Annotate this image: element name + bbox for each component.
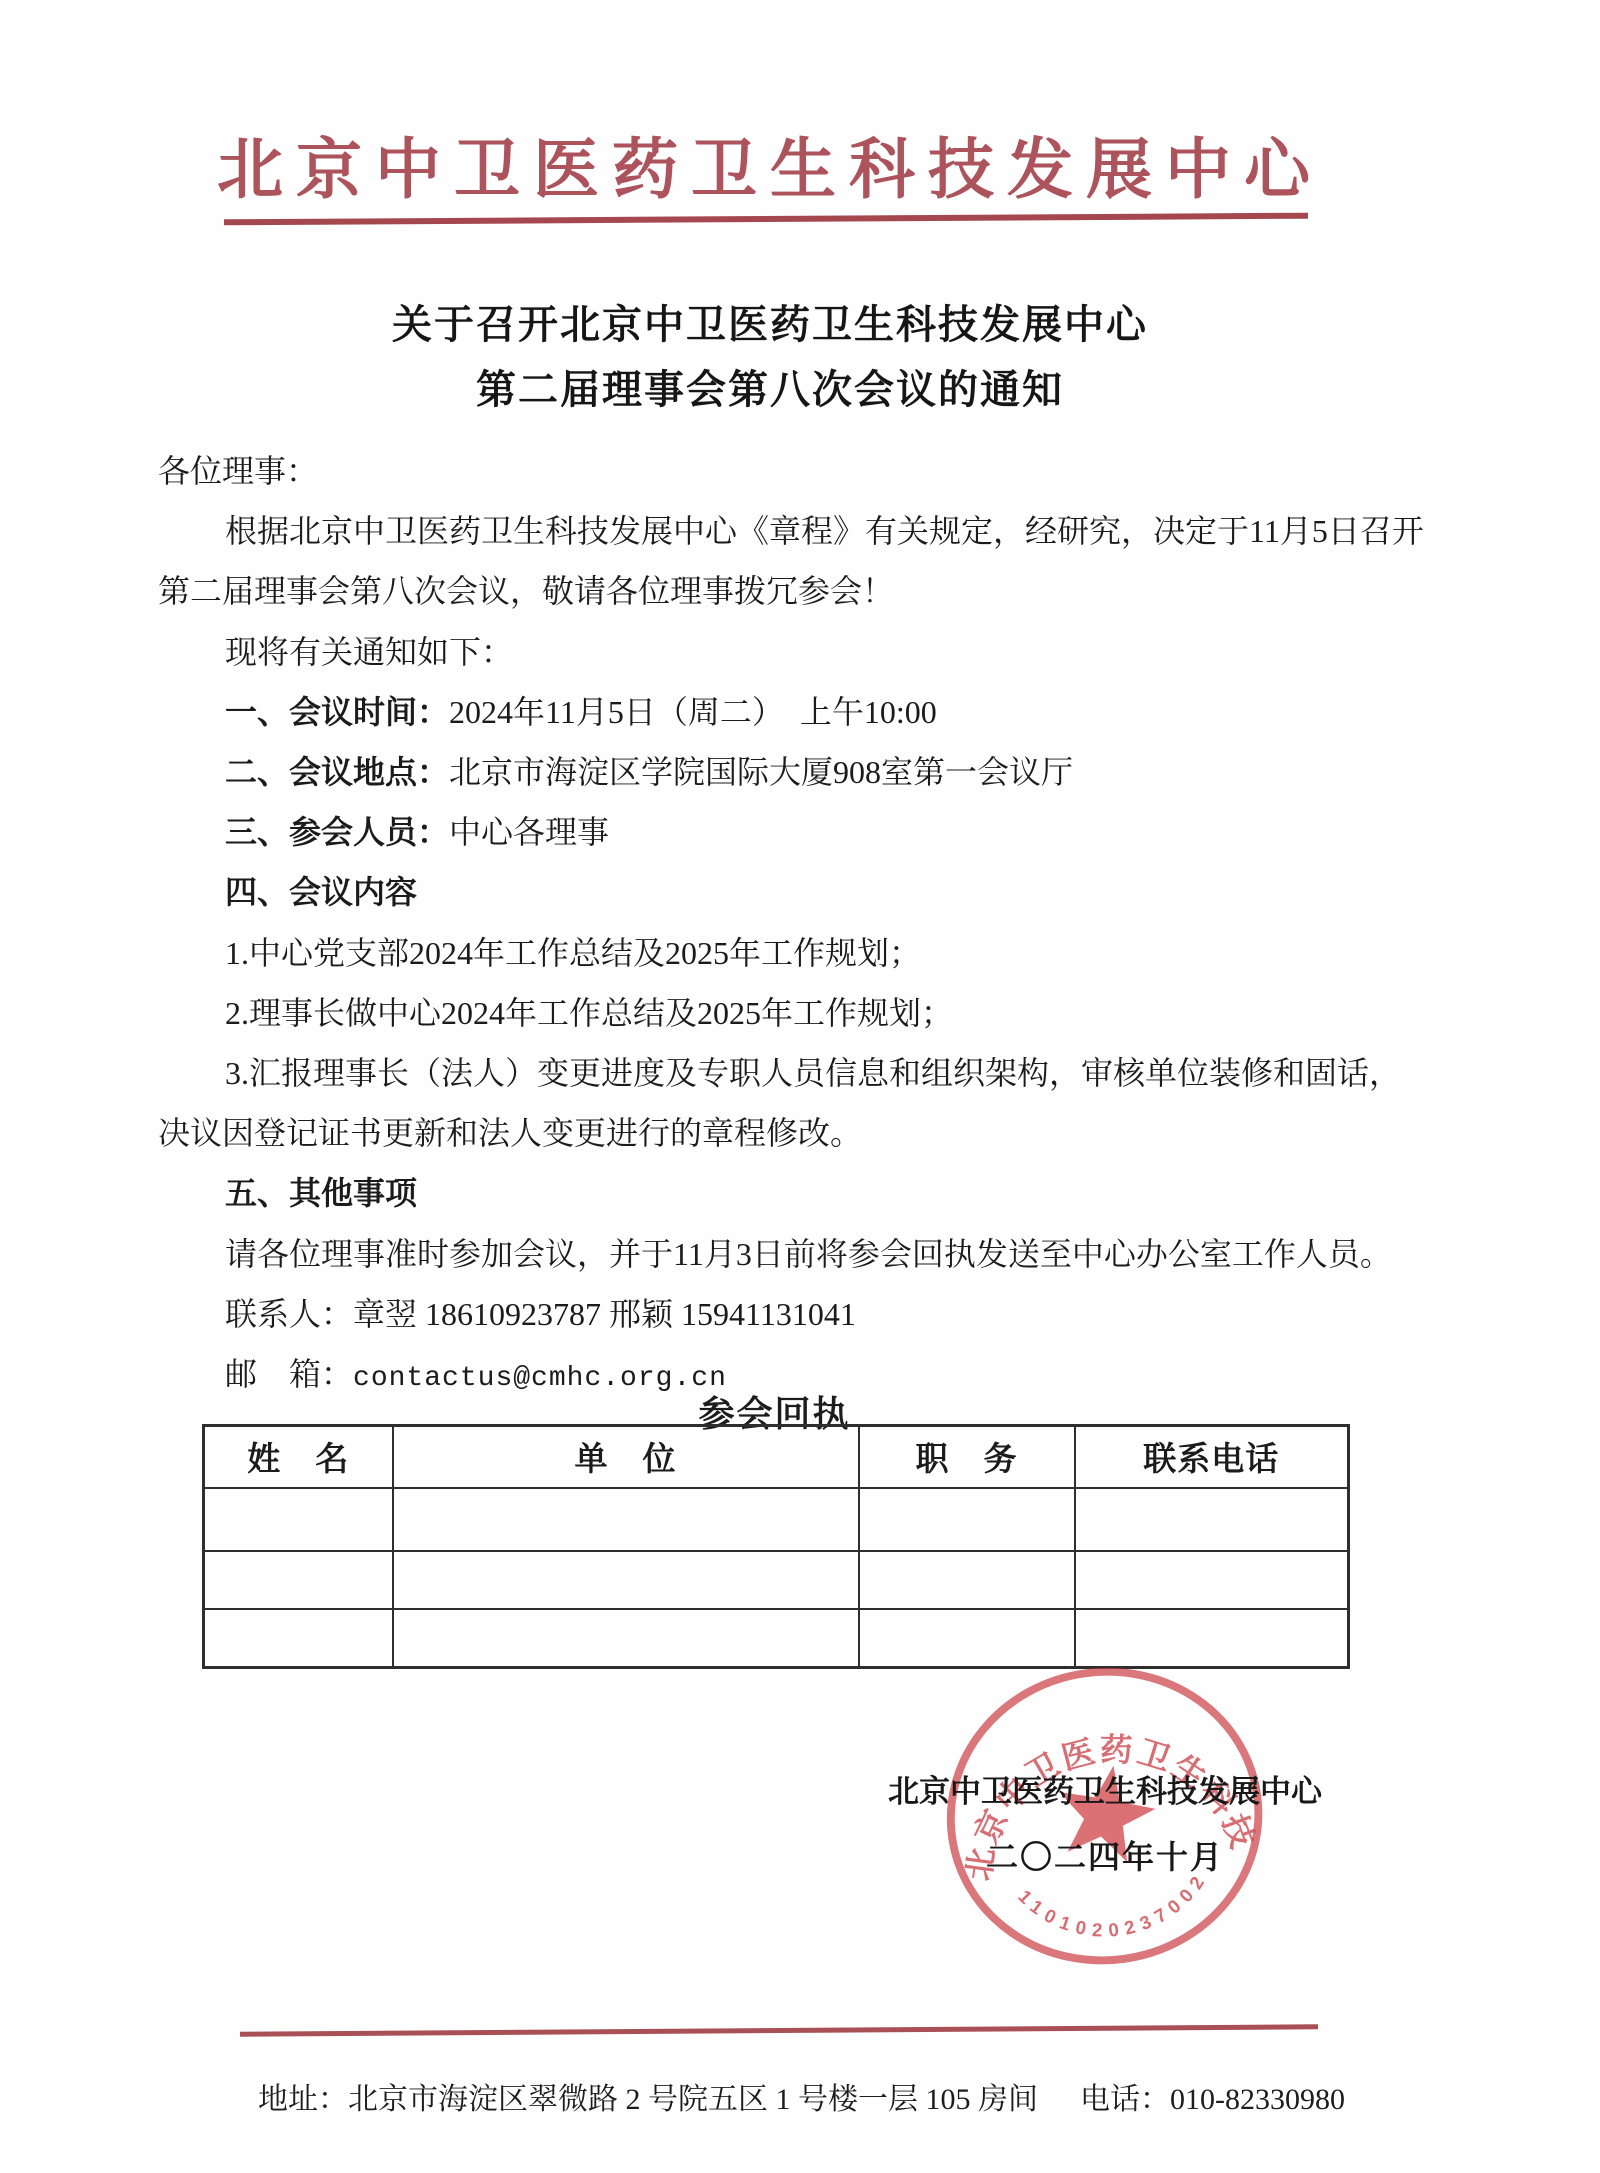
table-cell [204,1551,393,1609]
item-meeting-time: 一、会议时间：2024年11月5日（周二） 上午10:00 [158,682,1428,742]
footer-divider-rule [240,2024,1318,2037]
reply-form-empty-row [204,1488,1349,1551]
table-cell [1075,1551,1349,1609]
signature-org-name: 北京中卫医药卫生科技发展中心 [880,1766,1330,1811]
reply-form-header-row: 姓 名 单 位 职 务 联系电话 [204,1426,1349,1488]
reply-form-table: 姓 名 单 位 职 务 联系电话 [202,1424,1350,1669]
notice-title-line-1: 关于召开北京中卫医药卫生科技发展中心 [160,293,1380,350]
para-notice-intro: 现将有关通知如下： [158,622,1428,682]
contact-line: 联系人：章翌 18610923787 邢颖 15941131041 [158,1284,1428,1344]
footer-address: 地址：北京市海淀区翠微路 2 号院五区 1 号楼一层 105 房间 [258,2083,1038,2116]
header-cell-position: 职 务 [859,1426,1075,1488]
header-cell-unit: 单 位 [393,1426,859,1488]
notice-title-line-2: 第二届理事会第八次会议的通知 [160,358,1380,415]
scanned-notice-page: 北京中卫医药卫生科技发展中心 关于召开北京中卫医药卫生科技发展中心 第二届理事会… [0,0,1600,2173]
table-cell [1075,1488,1349,1551]
item-meeting-place: 二、会议地点：北京市海淀区学院国际大厦908室第一会议厅 [158,742,1428,802]
item-other-heading: 五、其他事项 [158,1163,1428,1223]
header-cell-name: 姓 名 [204,1426,393,1488]
table-cell [859,1609,1075,1668]
table-cell [859,1551,1075,1609]
letterhead-org-title: 北京中卫医药卫生科技发展中心 [160,116,1380,211]
notice-body: 各位理事： 根据北京中卫医药卫生科技发展中心《章程》有关规定，经研究，决定于11… [158,441,1428,1409]
para-basis-continued: 第二届理事会第八次会议，敬请各位理事拨冗参会！ [158,561,1428,621]
header-divider-rule [224,213,1308,226]
para-attendance-request: 请各位理事准时参加会议，并于11月3日前将参会回执发送至中心办公室工作人员。 [158,1224,1428,1284]
agenda-item-2: 2.理事长做中心2024年工作总结及2025年工作规划； [158,983,1428,1043]
table-cell [393,1609,859,1668]
table-cell [393,1551,859,1609]
para-basis: 根据北京中卫医药卫生科技发展中心《章程》有关规定，经研究，决定于11月5日召开 [158,501,1428,561]
salutation: 各位理事： [158,441,1428,501]
footer-phone: 电话：010-82330980 [1080,2083,1345,2116]
signature-date: 二〇二四年十月 [880,1832,1330,1878]
agenda-item-1: 1.中心党支部2024年工作总结及2025年工作规划； [158,923,1428,983]
agenda-item-3: 3.汇报理事长（法人）变更进度及专职人员信息和组织架构，审核单位装修和固话， [158,1043,1428,1103]
table-cell [859,1488,1075,1551]
table-cell [393,1488,859,1551]
footer: 地址：北京市海淀区翠微路 2 号院五区 1 号楼一层 105 房间电话：010-… [258,2074,1458,2118]
header-cell-phone: 联系电话 [1075,1426,1349,1488]
agenda-item-3-continued: 决议因登记证书更新和法人变更进行的章程修改。 [158,1103,1428,1163]
official-seal: 北京中卫医药卫生科技发展中心 1101020237002 [922,1645,1287,1993]
table-cell [204,1488,393,1551]
item-attendees: 三、参会人员：中心各理事 [158,802,1428,862]
reply-form-empty-row [204,1551,1349,1609]
item-agenda-heading: 四、会议内容 [158,862,1428,922]
table-cell [204,1609,393,1668]
